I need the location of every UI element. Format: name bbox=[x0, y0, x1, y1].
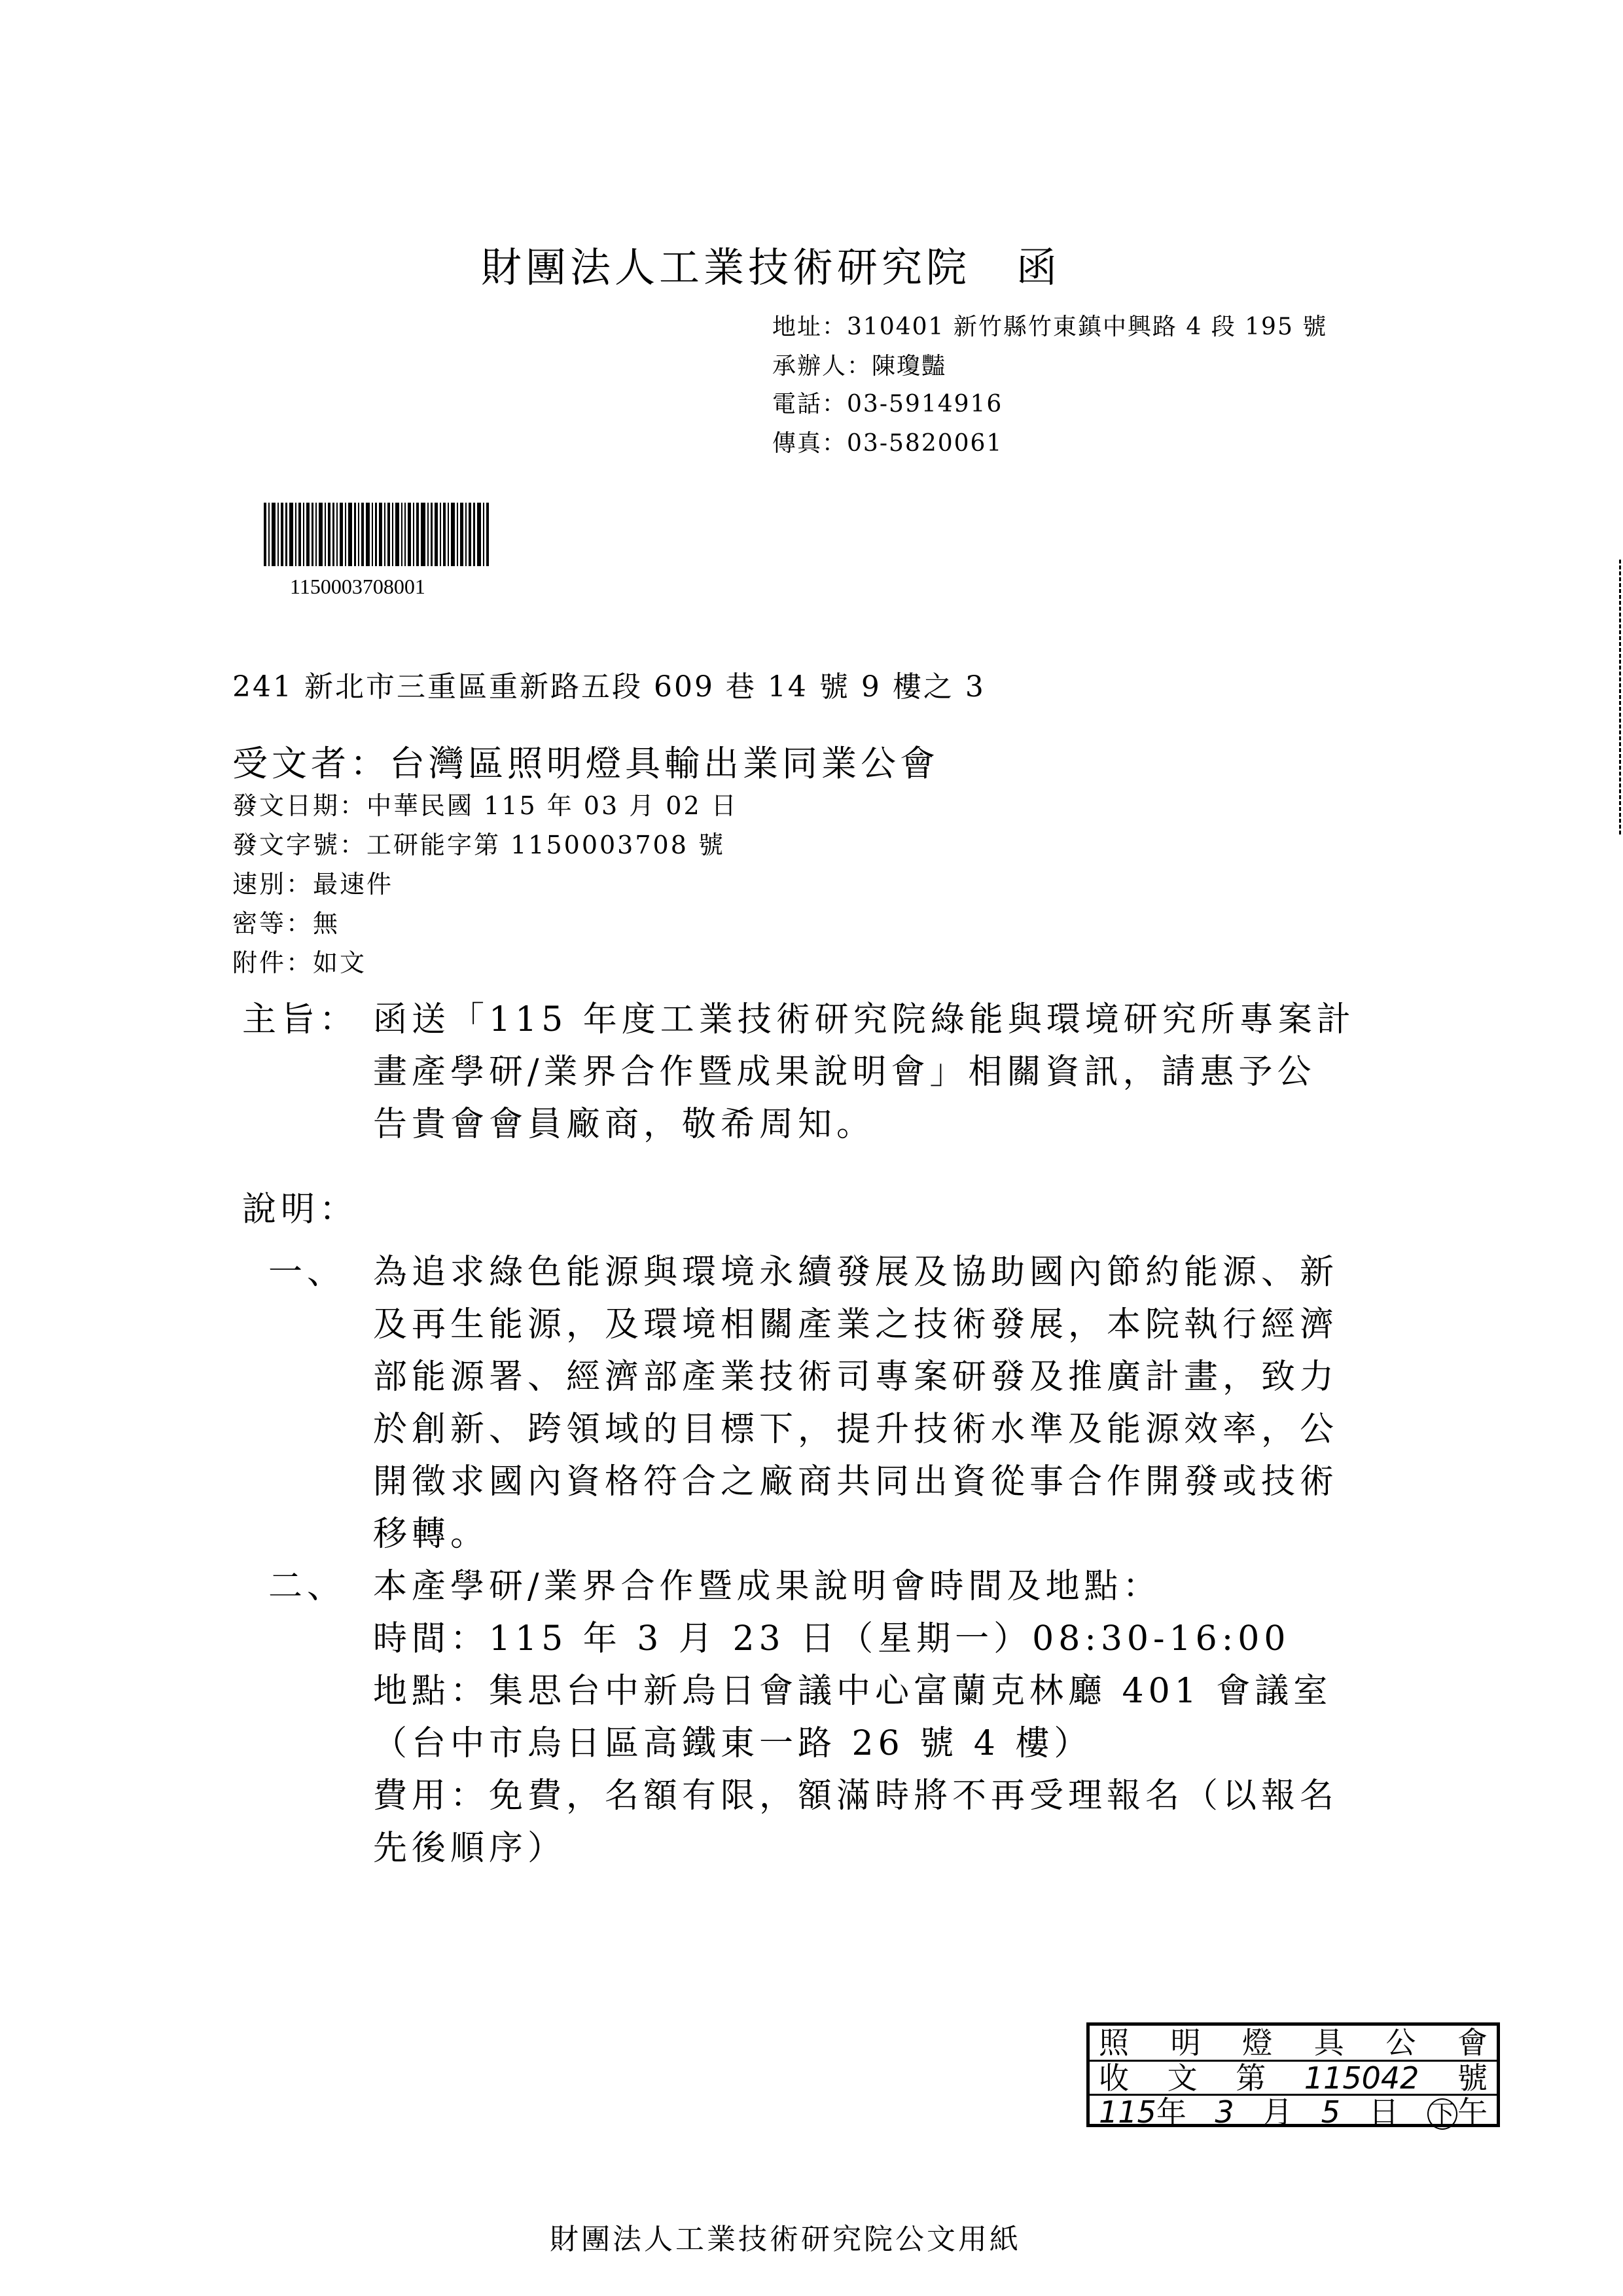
recipient-address: 241 新北市三重區重新路五段 609 巷 14 號 9 樓之 3 bbox=[232, 673, 986, 702]
event-location: 地點：集思台中新烏日會議中心富蘭克林廳 401 會議室 bbox=[373, 1674, 1332, 1708]
attachment: 附件：如文 bbox=[232, 950, 366, 975]
confidentiality: 密等：無 bbox=[232, 911, 340, 936]
doc-type: 函 bbox=[1016, 243, 1061, 291]
item-line: 於創新、跨領域的目標下，提升技術水準及能源效率，公 bbox=[373, 1412, 1338, 1446]
issue-number: 發文字號：工研能字第 1150003708 號 bbox=[232, 833, 725, 857]
receipt-stamp: 照明燈具公會 收文第115042號 115年 3月 5日 下午 bbox=[1086, 2022, 1500, 2127]
explanation-label: 說明： bbox=[242, 1193, 358, 1227]
subject-label: 主旨： bbox=[242, 1003, 358, 1037]
subject-line: 告貴會會員廠商，敬希周知。 bbox=[373, 1107, 875, 1141]
binding-dashed-line bbox=[1619, 560, 1621, 834]
sender-handler: 承辦人：陳瓊豔 bbox=[772, 355, 946, 378]
org-name: 財團法人工業技術研究院 bbox=[481, 243, 971, 291]
receipt-number: 115042 bbox=[1304, 2063, 1419, 2093]
stamp-receipt-number-row: 收文第115042號 bbox=[1090, 2060, 1497, 2094]
barcode-icon bbox=[264, 503, 491, 566]
event-fee: 先後順序） bbox=[373, 1831, 566, 1865]
subject-line: 畫產學研/業界合作暨成果說明會」相關資訊，請惠予公 bbox=[373, 1055, 1316, 1089]
item-line: 及再生能源，及環境相關產業之技術發展，本院執行經濟 bbox=[373, 1308, 1338, 1342]
stamp-org-row: 照明燈具公會 bbox=[1090, 2026, 1497, 2060]
item-line: 部能源署、經濟部產業技術司專案研發及推廣計畫，致力 bbox=[373, 1360, 1338, 1394]
item-marker: 一、 bbox=[268, 1255, 346, 1289]
period-circle: 下 bbox=[1427, 2098, 1457, 2130]
item-line: 開徵求國內資格符合之廠商共同出資從事合作開發或技術 bbox=[373, 1465, 1338, 1499]
event-fee: 費用：免費，名額有限，額滿時將不再受理報名（以報名 bbox=[373, 1779, 1338, 1813]
event-time: 時間：115 年 3 月 23 日（星期一）08:30-16:00 bbox=[373, 1622, 1290, 1656]
item-line: 為追求綠色能源與環境永續發展及協助國內節約能源、新 bbox=[373, 1255, 1338, 1289]
stamp-date-row: 115年 3月 5日 下午 bbox=[1090, 2094, 1497, 2128]
issue-date: 發文日期：中華民國 115 年 03 月 02 日 bbox=[232, 793, 738, 818]
sender-address: 地址：310401 新竹縣竹東鎮中興路 4 段 195 號 bbox=[772, 315, 1327, 339]
sender-fax: 傳真：03-5820061 bbox=[772, 432, 1003, 456]
item-line: 移轉。 bbox=[373, 1517, 489, 1551]
urgency: 速別：最速件 bbox=[232, 872, 393, 897]
event-location-address: （台中市烏日區高鐵東一路 26 號 4 樓） bbox=[373, 1727, 1092, 1761]
document-title: 財團法人工業技術研究院函 bbox=[481, 247, 1061, 288]
footer-letterhead: 財團法人工業技術研究院公文用紙 bbox=[550, 2225, 1021, 2254]
sender-phone: 電話：03-5914916 bbox=[772, 393, 1003, 416]
recipient: 受文者：台灣區照明燈具輸出業同業公會 bbox=[232, 746, 939, 781]
barcode-number: 1150003708001 bbox=[290, 576, 425, 597]
subject-line: 函送「115 年度工業技術研究院綠能與環境研究所專案計 bbox=[373, 1003, 1355, 1037]
item-marker: 二、 bbox=[268, 1570, 346, 1604]
item-line: 本產學研/業界合作暨成果說明會時間及地點： bbox=[373, 1570, 1162, 1604]
